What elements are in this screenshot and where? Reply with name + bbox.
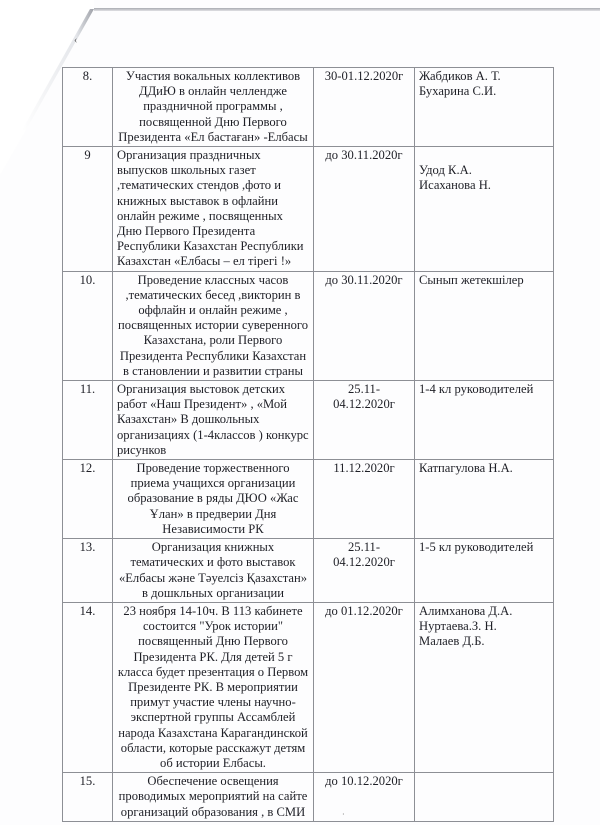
- row-number: 14.: [63, 602, 113, 772]
- table-row: 14.23 ноября 14-10ч. В 113 кабинете сост…: [63, 602, 554, 772]
- responsible-person: Жабдиков А. Т.: [419, 69, 549, 84]
- event-deadline: 30-01.12.2020г: [314, 68, 415, 147]
- responsible-person: Алимханова Д.А.: [419, 604, 549, 619]
- responsible-person: Исаханова Н.: [419, 178, 549, 193]
- responsible-person: Малаев Д.Б.: [419, 634, 549, 649]
- event-deadline: 25.11- 04.12.2020г: [314, 539, 415, 603]
- responsible-person: Удод К.А.: [419, 163, 549, 178]
- event-deadline: до 30.11.2020г: [314, 147, 415, 272]
- scanned-document-page: ‹ 8.Участия вокальных коллективов ДДиЮ в…: [0, 0, 600, 825]
- responsible-persons: Алимханова Д.А.Нуртаева.З. Н.Малаев Д.Б.: [415, 602, 554, 772]
- event-description: Организация праздничных выпусков школьны…: [113, 147, 314, 272]
- row-number: 11.: [63, 381, 113, 460]
- responsible-persons: Удод К.А.Исаханова Н.: [415, 147, 554, 272]
- table-row: 9Организация праздничных выпусков школьн…: [63, 147, 554, 272]
- responsible-person: Бухарина С.И.: [419, 84, 549, 99]
- event-description: Участия вокальных коллективов ДДиЮ в онл…: [113, 68, 314, 147]
- responsible-persons: Катпагулова Н.А.: [415, 460, 554, 539]
- table-row: 15.Обеспечение освещения проводимых меро…: [63, 773, 554, 822]
- table-row: 8.Участия вокальных коллективов ДДиЮ в о…: [63, 68, 554, 147]
- table-row: 10.Проведение классных часов ,тематическ…: [63, 271, 554, 380]
- row-number: 13.: [63, 539, 113, 603]
- event-description: Проведение торжественного приема учащихс…: [113, 460, 314, 539]
- event-deadline: до 10.12.2020г: [314, 773, 415, 822]
- row-number: 12.: [63, 460, 113, 539]
- event-deadline: 11.12.2020г: [314, 460, 415, 539]
- row-number: 10.: [63, 271, 113, 380]
- responsible-person: 1-5 кл руководителей: [419, 540, 549, 555]
- responsible-person: Нуртаева.З. Н.: [419, 619, 549, 634]
- row-number: 8.: [63, 68, 113, 147]
- event-deadline: до 30.11.2020г: [314, 271, 415, 380]
- responsible-persons: Сынып жетекшілер: [415, 271, 554, 380]
- page-top-edge: [94, 8, 600, 11]
- row-number: 15.: [63, 773, 113, 822]
- event-deadline: 25.11- 04.12.2020г: [314, 381, 415, 460]
- event-description: Проведение классных часов ,тематических …: [113, 271, 314, 380]
- scan-mark: ‹: [74, 36, 77, 46]
- responsible-persons: Жабдиков А. Т.Бухарина С.И.: [415, 68, 554, 147]
- responsible-persons: 1-4 кл руководителей: [415, 381, 554, 460]
- event-deadline: до 01.12.2020г: [314, 602, 415, 772]
- responsible-persons: 1-5 кл руководителей: [415, 539, 554, 603]
- table-row: 11.Организация выстовок детских работ «Н…: [63, 381, 554, 460]
- responsible-person: Сынып жетекшілер: [419, 273, 549, 288]
- page-speck: ·: [342, 810, 345, 819]
- table-row: 12.Проведение торжественного приема учащ…: [63, 460, 554, 539]
- event-description: Организация книжных тематических и фото …: [113, 539, 314, 603]
- event-description: Организация выстовок детских работ «Наш …: [113, 381, 314, 460]
- event-plan-table: 8.Участия вокальных коллективов ДДиЮ в о…: [62, 67, 554, 822]
- responsible-person: Катпагулова Н.А.: [419, 461, 549, 476]
- responsible-persons: [415, 773, 554, 822]
- responsible-person: 1-4 кл руководителей: [419, 382, 549, 397]
- event-description: Обеспечение освещения проводимых меропри…: [113, 773, 314, 822]
- table-row: 13.Организация книжных тематических и фо…: [63, 539, 554, 603]
- row-number: 9: [63, 147, 113, 272]
- event-description: 23 ноября 14-10ч. В 113 кабинете состоит…: [113, 602, 314, 772]
